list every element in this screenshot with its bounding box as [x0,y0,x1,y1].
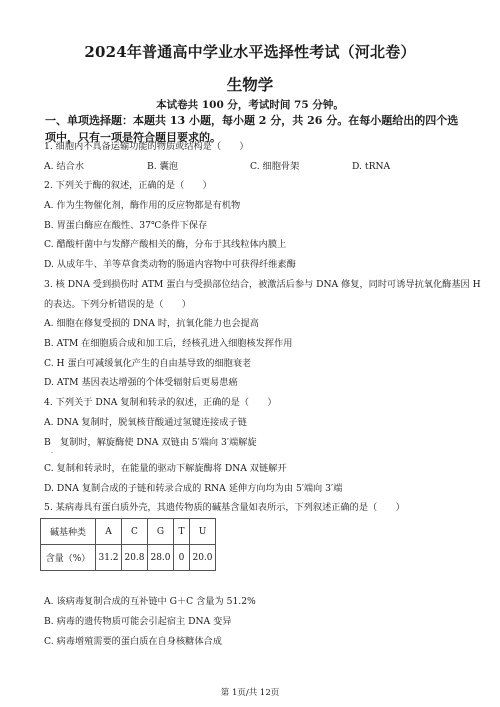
question-4-stem: 4. 下列关于 DNA 复制和转录的叙述，正确的是（ ） [44,397,277,409]
table-cell: 20.0 [190,545,216,571]
table-cell: T [174,519,190,545]
page-number: 第 1页/共 12页 [0,686,500,698]
question-3-option-c: C. H 蛋白可减缓氧化产生的自由基导致的细胞衰老 [44,358,251,370]
table-cell: 31.2 [96,545,122,571]
question-4-option-c: C. 复制和转录时，在能量的驱动下解旋酶将 DNA 双链解开 [44,463,287,475]
question-2-option-d: D. 从成年牛、羊等草食类动物的肠道内容物中可获得纤维素酶 [44,259,296,271]
question-1-option-d: D. tRNA [352,161,390,173]
question-1-option-c: C. 细胞骨架 [250,161,299,173]
base-content-table: 碱基种类 A C G T U 含量（%） 31.2 20.8 28.0 0 20… [40,518,216,571]
table-cell: 0 [174,545,190,571]
question-2-option-a: A. 作为生物催化剂，酶作用的反应物都是有机物 [44,200,240,212]
exam-title: 2024年普通高中学业水平选择性考试（河北卷） [0,41,500,62]
table-cell: C [122,519,148,545]
question-3-option-b: B. ATM 在细胞质合成和加工后，经核孔进入细胞核发挥作用 [44,338,293,350]
question-5-option-c: C. 病毒增殖需要的蛋白质在自身核糖体合成 [44,636,222,648]
question-1-stem: 1. 细胞内不具备运输功能的物质或结构是（ ） [44,141,249,153]
table-cell: U [190,519,216,545]
table-cell: A [96,519,122,545]
question-1-option-a: A. 结合水 [44,161,84,173]
question-4-option-a: A. DNA 复制时，脱氧核苷酸通过氢键连接成子链 [44,417,247,429]
question-2-stem: 2. 下列关于酶的叙述，正确的是（ ） [44,180,212,192]
subject-title: 生物学 [0,73,500,95]
table-cell: 28.0 [148,545,174,571]
question-3-option-d: D. ATM 基因表达增强的个体受辐射后更易患癌 [44,377,238,389]
question-5-stem: 5. 某病毒具有蛋白质外壳，其遗传物质的碱基含量如表所示，下列叙述正确的是（ ） [44,502,405,514]
question-1-option-b: B. 囊泡 [147,161,178,173]
exam-info: 本试卷共 100 分，考试时间 75 分钟。 [0,97,500,112]
stray-mark: · [51,449,53,457]
question-3-stem-line-2: 的表达。下列分析错误的是（ ） [44,299,191,311]
table-cell: G [148,519,174,545]
question-3-option-a: A. 细胞在修复受损的 DNA 时，抗氧化能力也会提高 [44,318,259,330]
table-cell: 20.8 [122,545,148,571]
question-4-option-d: D. DNA 复制合成的子链和转录合成的 RNA 延伸方向均为由 5′端向 3′… [44,483,342,495]
question-2-option-b: B. 胃蛋白酶应在酸性、37℃条件下保存 [44,220,207,232]
table-row: 含量（%） 31.2 20.8 28.0 0 20.0 [41,545,216,571]
table-cell: 含量（%） [41,545,96,571]
table-header-row: 碱基种类 A C G T U [41,519,216,545]
question-5-option-b: B. 病毒的遗传物质可能会引起宿主 DNA 变异 [44,616,231,628]
table-cell: 碱基种类 [41,519,96,545]
question-4-option-b: B 复制时，解旋酶使 DNA 双链由 5′端向 3′端解旋 [44,437,257,449]
question-5-option-a: A. 该病毒复制合成的互补链中 G＋C 含量为 51.2% [44,596,256,608]
question-2-option-c: C. 醋酸杆菌中与发酵产酸相关的酶，分布于其线粒体内膜上 [44,239,286,251]
question-3-stem-line-1: 3. 核 DNA 受到损伤时 ATM 蛋白与受损部位结合，被激活后参与 DNA … [44,279,481,291]
